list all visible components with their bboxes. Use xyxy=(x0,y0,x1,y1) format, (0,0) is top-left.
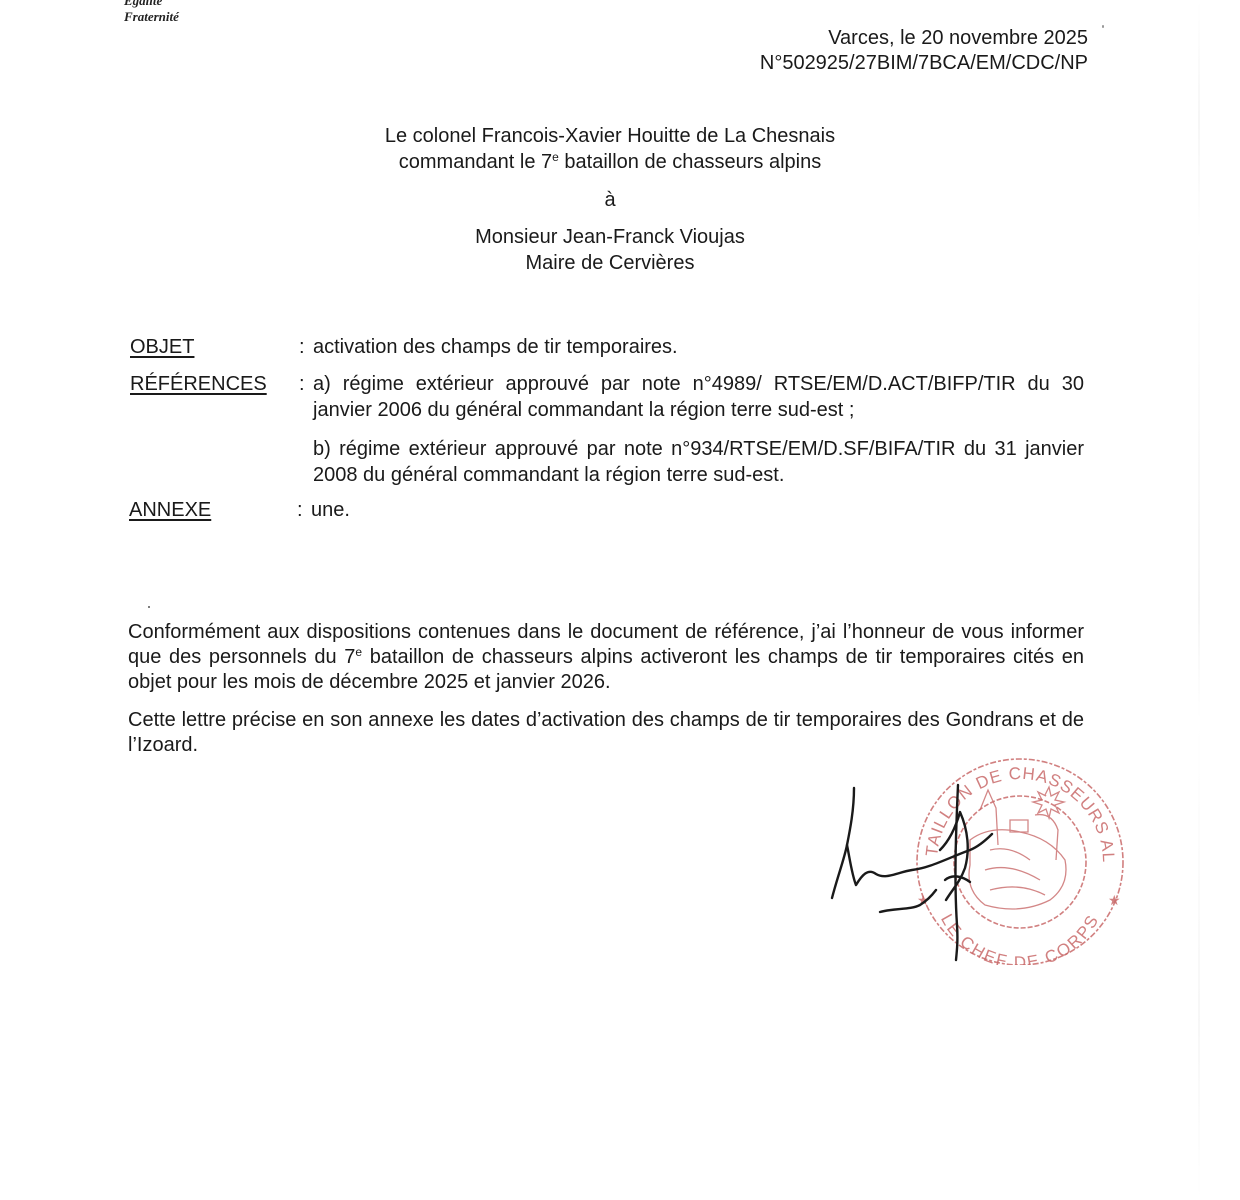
motto-egalite: Égalité xyxy=(124,0,162,8)
sender-role-prefix: commandant le 7 xyxy=(399,151,552,173)
recipient-title: Maire de Cervières xyxy=(310,250,910,276)
svg-text:★: ★ xyxy=(1108,892,1121,908)
references-colon: : xyxy=(299,371,305,397)
objet-colon: : xyxy=(299,334,305,360)
signature-stamp-area: 7e BATAILLON DE CHASSEURS ALPINS LE CHEF… xyxy=(820,750,1130,965)
scan-edge-artifact xyxy=(1198,0,1200,1200)
objet-value: activation des champs de tir temporaires… xyxy=(313,334,1093,360)
sender-role-suffix: bataillon de chasseurs alpins xyxy=(559,151,821,173)
recipient-block: Monsieur Jean-Franck Vioujas Maire de Ce… xyxy=(310,224,910,276)
official-stamp-icon: 7e BATAILLON DE CHASSEURS ALPINS LE CHEF… xyxy=(820,750,1130,965)
reference-a: a) régime extérieur approuvé par note n°… xyxy=(313,371,1084,423)
sender-name: Le colonel Francois-Xavier Houitte de La… xyxy=(310,123,910,149)
body-paragraph-1: Conformément aux dispositions contenues … xyxy=(128,620,1084,695)
recipient-name: Monsieur Jean-Franck Vioujas xyxy=(310,224,910,250)
svg-text:LE CHEF DE CORPS: LE CHEF DE CORPS xyxy=(937,911,1103,965)
svg-text:7e BATAILLON DE CHASSEURS ALPI: 7e BATAILLON DE CHASSEURS ALPINS xyxy=(820,750,1118,863)
sender-role-sup: e xyxy=(552,150,559,164)
scan-speck xyxy=(148,606,150,608)
scan-speck xyxy=(1102,25,1104,28)
annexe-value: une. xyxy=(311,497,711,523)
objet-label: OBJET xyxy=(130,334,194,360)
annexe-label: ANNEXE xyxy=(129,497,211,523)
sender-role: commandant le 7e bataillon de chasseurs … xyxy=(310,149,910,175)
annexe-colon: : xyxy=(297,497,303,523)
addressee-to: à xyxy=(310,187,910,213)
place-date: Varces, le 20 novembre 2025 xyxy=(760,26,1088,51)
references-label: RÉFÉRENCES xyxy=(130,371,267,397)
sender-block: Le colonel Francois-Xavier Houitte de La… xyxy=(310,123,910,175)
reference-b: b) régime extérieur approuvé par note n°… xyxy=(313,436,1084,488)
motto-fraternite: Fraternité xyxy=(124,10,179,24)
header-date-reference: Varces, le 20 novembre 2025 N°502925/27B… xyxy=(760,26,1088,76)
reference-number: N°502925/27BIM/7BCA/EM/CDC/NP xyxy=(760,51,1088,76)
